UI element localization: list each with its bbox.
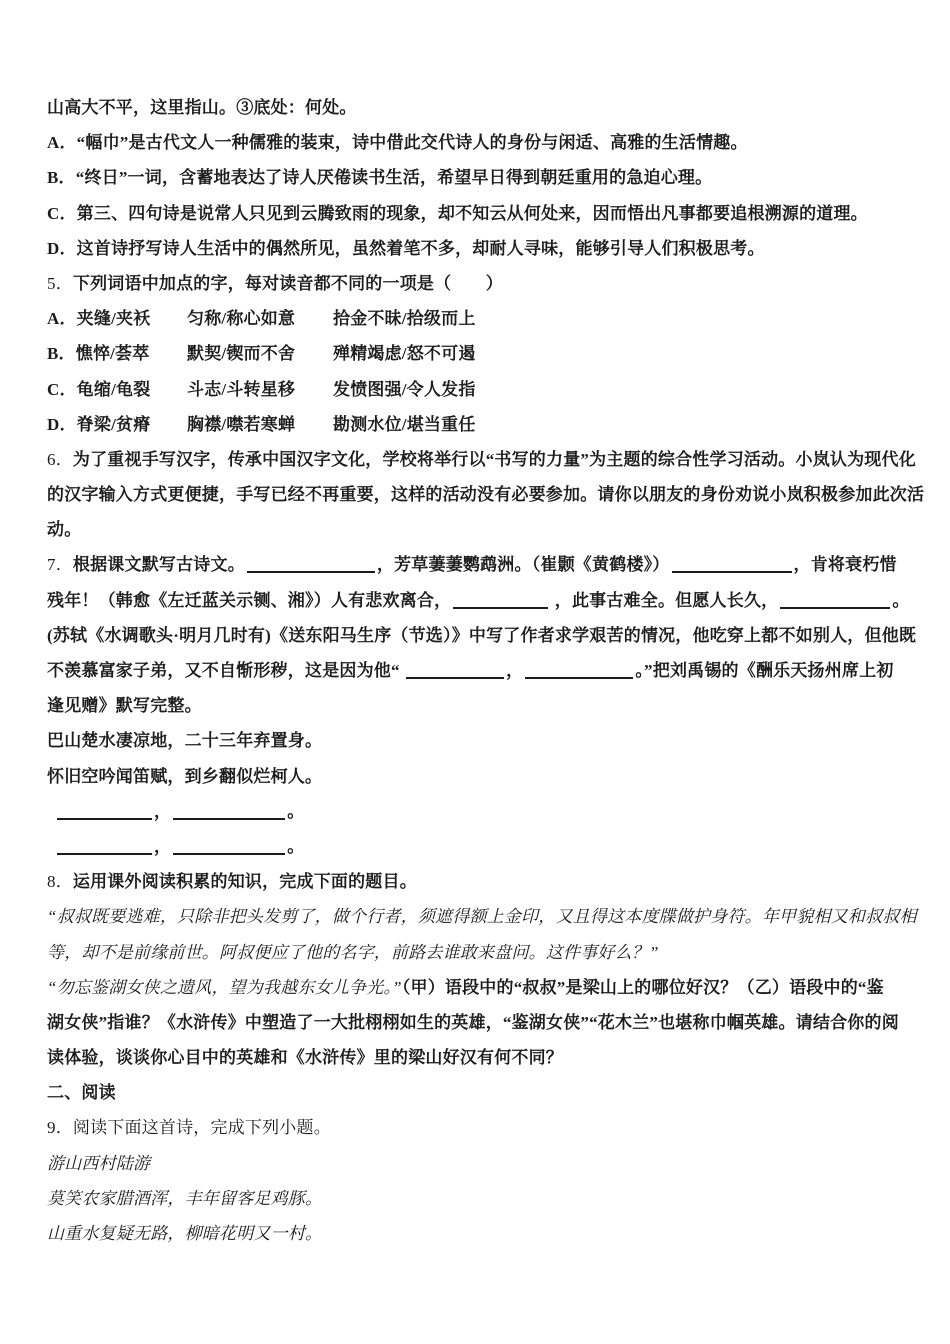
text-segment: (苏轼《水调歌头·明月几时有)《送东阳马生序（节选）》中写了作者求学艰苦的情况，…	[47, 626, 916, 645]
text-segment: 。	[892, 591, 909, 610]
text-segment: 山重水复疑无路，柳暗花明又一村。	[47, 1224, 322, 1243]
question-7-cont: (苏轼《水调歌头·明月几时有)《送东阳马生序（节选）》中写了作者求学艰苦的情况，…	[47, 618, 912, 653]
text-segment: ，此事古难全。但愿人长久，	[550, 591, 778, 610]
blank-answer-line: ，。	[47, 829, 912, 864]
answer-blank	[406, 674, 504, 679]
text-segment: （甲）语段中的“叔叔”是梁山上的哪位好汉？（乙）语段中的“鉴	[402, 978, 884, 997]
text-segment: 。	[287, 837, 304, 856]
answer-blank	[780, 604, 890, 609]
text-segment: ，芳草萋萋鹦鹉洲。（崔颢《黄鹤楼》）	[377, 555, 670, 574]
answer-blank	[57, 850, 152, 855]
text-segment: C．龟缩/龟裂	[47, 372, 187, 407]
text-segment: 根据课文默写古诗文。	[73, 555, 245, 574]
text-segment: 。”把刘禹锡的《酬乐天扬州席上初	[635, 661, 893, 680]
text-segment: 拾金不昧/拾级而上	[333, 309, 476, 328]
q5-option-c: C．龟缩/龟裂斗志/斗转星移发愤图强/令人发指	[47, 372, 912, 407]
text-segment: B．憔悴/荟萃	[47, 336, 187, 371]
quote-jia: “叔叔既要逃难，只除非把头发剪了，做个行者，须遮得额上金印，又且得这本度牒做护身…	[47, 899, 912, 934]
text-segment: C．第三、四句诗是说常人只见到云腾致雨的现象，却不知云从何处来，因而悟出凡事都要…	[47, 204, 868, 223]
text-segment: 残年！（韩愈《左迁蓝关示铡、湘》）人有悲欢离合，	[47, 591, 451, 610]
text-segment: ，	[154, 802, 171, 821]
text-segment: 5．	[47, 274, 73, 293]
text-segment: 游山西村陆游	[47, 1154, 150, 1173]
question-6-cont: 的汉字输入方式更便捷，手写已经不再重要，这样的活动没有必要参加。请你以朋友的身份…	[47, 477, 912, 512]
text-segment: D．脊梁/贫瘠	[47, 407, 187, 442]
answer-blank	[453, 604, 548, 609]
text-segment: 。	[287, 802, 304, 821]
text-segment: 勘测水位/堪当重任	[333, 415, 476, 434]
answer-blank	[525, 674, 633, 679]
text-segment: 莫笑农家腊酒浑，丰年留客足鸡豚。	[47, 1189, 322, 1208]
text-segment: ，	[154, 837, 171, 856]
q4-option-b: B．“终日”一词，含蓄地表达了诗人厌倦读书生活，希望早日得到朝廷重用的急迫心理。	[47, 160, 912, 195]
question-9: 9．阅读下面这首诗，完成下列小题。	[47, 1110, 912, 1145]
q4-option-c: C．第三、四句诗是说常人只见到云腾致雨的现象，却不知云从何处来，因而悟出凡事都要…	[47, 196, 912, 231]
text-segment: D．这首诗抒写诗人生活中的偶然所见，虽然着笔不多，却耐人寻味，能够引导人们积极思…	[47, 239, 765, 258]
text-segment: 不羡慕富家子弟，又不自惭形秽，这是因为他“	[47, 661, 404, 680]
text-segment: A．夹缝/夹袄	[47, 301, 187, 336]
poem-line: 怀旧空吟闻笛赋，到乡翻似烂柯人。	[47, 759, 912, 794]
text-segment: 匀称/称心如意	[187, 301, 333, 336]
q5-option-a: A．夹缝/夹袄匀称/称心如意拾金不昧/拾级而上	[47, 301, 912, 336]
question-7-cont: 残年！（韩愈《左迁蓝关示铡、湘》）人有悲欢离合， ，此事古难全。但愿人长久，。	[47, 583, 912, 618]
text-segment: 等，却不是前缘前世。阿叔便应了他的名字，前路去谁敢来盘问。这件事好么？”	[47, 943, 659, 962]
q5-option-b: B．憔悴/荟萃默契/锲而不舍殚精竭虑/怒不可遏	[47, 336, 912, 371]
text-segment: 8．	[47, 872, 73, 891]
answer-blank	[173, 850, 285, 855]
question-7-cont: 不羡慕富家子弟，又不自惭形秽，这是因为他“ ，。”把刘禹锡的《酬乐天扬州席上初	[47, 653, 912, 688]
text-segment: 逢见赠》默写完整。	[47, 696, 202, 715]
text-segment: 斗志/斗转星移	[187, 372, 333, 407]
text-segment: 7．	[47, 555, 73, 574]
text-segment: 发愤图强/令人发指	[333, 380, 476, 399]
question-8-cont: 读体验，谈谈你心目中的英雄和《水浒传》里的梁山好汉有何不同？	[47, 1040, 912, 1075]
text-segment: 的汉字输入方式更便捷，手写已经不再重要，这样的活动没有必要参加。请你以朋友的身份…	[47, 485, 924, 504]
answer-blank	[672, 568, 792, 573]
text-segment: 胸襟/噤若寒蝉	[187, 407, 333, 442]
answer-blank	[173, 815, 285, 820]
question-5: 5．下列词语中加点的字，每对读音都不同的一项是（ ）	[47, 266, 912, 301]
text-segment: ，	[506, 661, 523, 680]
question-8: 8．运用课外阅读积累的知识，完成下面的题目。	[47, 864, 912, 899]
note-line: 山高大不平，这里指山。③底处：何处。	[47, 90, 912, 125]
text-segment: 怀旧空吟闻笛赋，到乡翻似烂柯人。	[47, 767, 322, 786]
q4-option-a: A．“幅巾”是古代文人一种儒雅的装束，诗中借此交代诗人的身份与闲适、高雅的生活情…	[47, 125, 912, 160]
poem-line: 莫笑农家腊酒浑，丰年留客足鸡豚。	[47, 1181, 912, 1216]
text-segment: 默契/锲而不舍	[187, 336, 333, 371]
question-6: 6．为了重视手写汉字，传承中国汉字文化，学校将举行以“书写的力量”为主题的综合性…	[47, 442, 912, 477]
text-segment: “勿忘鉴湖女侠之遗风，望为我越东女儿争光。”	[47, 978, 402, 997]
text-segment: 殚精竭虑/怒不可遏	[333, 344, 476, 363]
quote-yi-and-question: “勿忘鉴湖女侠之遗风，望为我越东女儿争光。”（甲）语段中的“叔叔”是梁山上的哪位…	[47, 970, 912, 1005]
text-segment: 巴山楚水凄凉地，二十三年弃置身。	[47, 731, 322, 750]
answer-blank	[57, 815, 152, 820]
poem-line: 巴山楚水凄凉地，二十三年弃置身。	[47, 723, 912, 758]
question-6-cont: 动。	[47, 512, 912, 547]
question-7-cont: 逢见赠》默写完整。	[47, 688, 912, 723]
text-segment: 山高大不平，这里指山。③底处：何处。	[47, 98, 357, 117]
text-segment: B．“终日”一词，含蓄地表达了诗人厌倦读书生活，希望早日得到朝廷重用的急迫心理。	[47, 168, 712, 187]
text-segment: 为了重视手写汉字，传承中国汉字文化，学校将举行以“书写的力量”为主题的综合性学习…	[73, 450, 916, 469]
text-segment: 读体验，谈谈你心目中的英雄和《水浒传》里的梁山好汉有何不同？	[47, 1048, 563, 1067]
poem-line: 山重水复疑无路，柳暗花明又一村。	[47, 1216, 912, 1251]
text-segment: ，肯将衰朽惜	[794, 555, 897, 574]
blank-answer-line: ，。	[47, 794, 912, 829]
question-8-cont: 湖女侠”指谁？《水浒传》中塑造了一大批栩栩如生的英雄，“鉴湖女侠”“花木兰”也堪…	[47, 1005, 912, 1040]
quote-jia-cont: 等，却不是前缘前世。阿叔便应了他的名字，前路去谁敢来盘问。这件事好么？”	[47, 935, 912, 970]
exam-document: 山高大不平，这里指山。③底处：何处。A．“幅巾”是古代文人一种儒雅的装束，诗中借…	[0, 0, 950, 1251]
text-segment: 9．阅读下面这首诗，完成下列小题。	[47, 1118, 331, 1137]
text-segment: 二、阅读	[47, 1083, 116, 1102]
q4-option-d: D．这首诗抒写诗人生活中的偶然所见，虽然着笔不多，却耐人寻味，能够引导人们积极思…	[47, 231, 912, 266]
text-segment: 湖女侠”指谁？《水浒传》中塑造了一大批栩栩如生的英雄，“鉴湖女侠”“花木兰”也堪…	[47, 1013, 899, 1032]
text-segment: 动。	[47, 520, 81, 539]
text-segment: 6．	[47, 450, 73, 469]
text-segment: “叔叔既要逃难，只除非把头发剪了，做个行者，须遮得额上金印，又且得这本度牒做护身…	[47, 907, 917, 926]
text-segment: A．“幅巾”是古代文人一种儒雅的装束，诗中借此交代诗人的身份与闲适、高雅的生活情…	[47, 133, 748, 152]
text-segment: 下列词语中加点的字，每对读音都不同的一项是（ ）	[73, 274, 503, 293]
question-7: 7．根据课文默写古诗文。，芳草萋萋鹦鹉洲。（崔颢《黄鹤楼》），肯将衰朽惜	[47, 547, 912, 582]
answer-blank	[247, 568, 375, 573]
poem-title: 游山西村陆游	[47, 1146, 912, 1181]
q5-option-d: D．脊梁/贫瘠胸襟/噤若寒蝉勘测水位/堪当重任	[47, 407, 912, 442]
section-heading-reading: 二、阅读	[47, 1075, 912, 1110]
text-segment: 运用课外阅读积累的知识，完成下面的题目。	[73, 872, 417, 891]
